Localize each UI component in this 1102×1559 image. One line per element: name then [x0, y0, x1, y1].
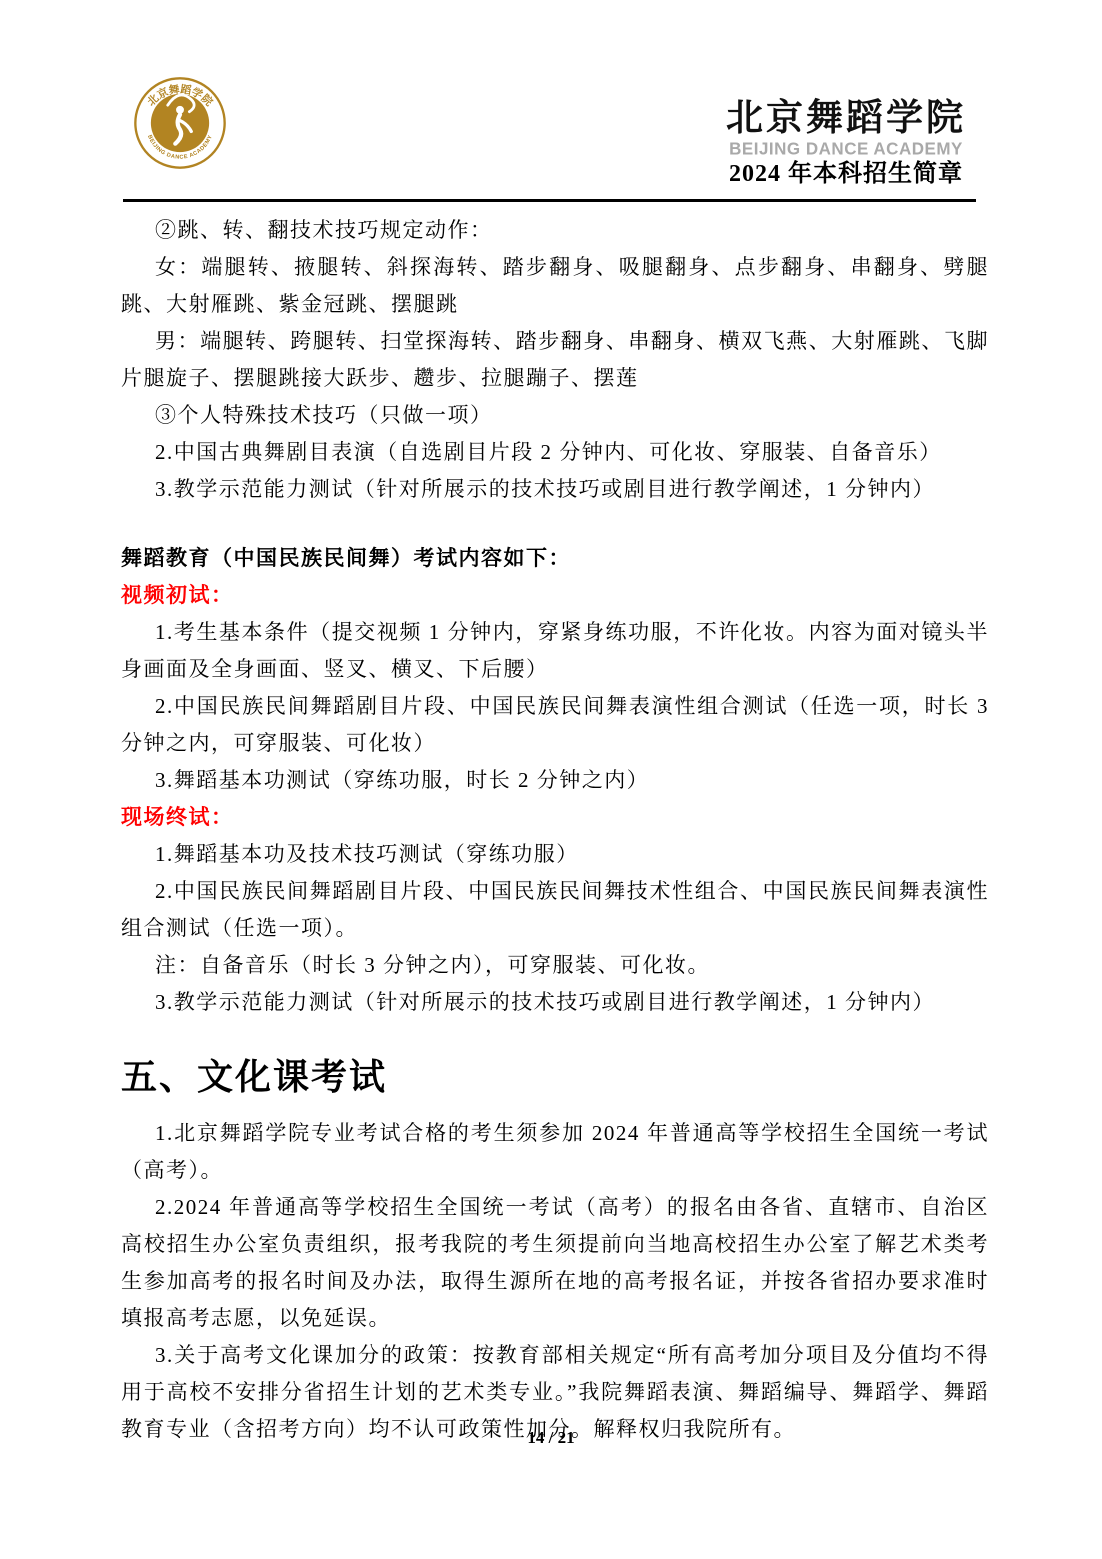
section-heading-culture-exam: 五、文化课考试	[121, 1053, 989, 1101]
academy-title-en: BEIJING DANCE ACADEMY	[712, 140, 980, 159]
paragraph-male-moves: 男：端腿转、跨腿转、扫堂探海转、踏步翻身、串翻身、横双飞燕、大射雁跳、飞脚片腿旋…	[121, 323, 989, 397]
seal-icon: 北京舞蹈学院 BEIJING DANCE ACADEMY	[133, 76, 227, 170]
paragraph-video-item-2: 2.中国民族民间舞蹈剧目片段、中国民族民间舞表演性组合测试（任选一项，时长 3 …	[121, 688, 989, 762]
paragraph-special-skill: ③个人特殊技术技巧（只做一项）	[121, 397, 989, 434]
brochure-subtitle: 2024 年本科招生简章	[712, 160, 980, 188]
header-title-block: 北京舞蹈学院 BEIJING DANCE ACADEMY 2024 年本科招生简…	[712, 98, 980, 188]
label-video-preliminary: 视频初试：	[121, 577, 989, 614]
paragraph-culture-2: 2.2024 年普通高等学校招生全国统一考试（高考）的报名由各省、直辖市、自治区…	[121, 1189, 989, 1337]
page-number: 14 / 21	[0, 1428, 1102, 1448]
paragraph-video-item-1: 1.考生基本条件（提交视频 1 分钟内，穿紧身练功服，不许化妆。内容为面对镜头半…	[121, 614, 989, 688]
paragraph-live-item-3: 3.教学示范能力测试（针对所展示的技术技巧或剧目进行教学阐述，1 分钟内）	[121, 984, 989, 1021]
paragraph-live-note: 注：自备音乐（时长 3 分钟之内），可穿服装、可化妆。	[121, 947, 989, 984]
paragraph-teaching-demo: 3.教学示范能力测试（针对所展示的技术技巧或剧目进行教学阐述，1 分钟内）	[121, 471, 989, 508]
heading-dance-education: 舞蹈教育（中国民族民间舞）考试内容如下：	[121, 540, 989, 577]
paragraph-live-item-2: 2.中国民族民间舞蹈剧目片段、中国民族民间舞技术性组合、中国民族民间舞表演性组合…	[121, 873, 989, 947]
paragraph-repertoire: 2.中国古典舞剧目表演（自选剧目片段 2 分钟内、可化妆、穿服装、自备音乐）	[121, 434, 989, 471]
paragraph-tech-intro: ②跳、转、翻技术技巧规定动作：	[121, 212, 989, 249]
paragraph-live-item-1: 1.舞蹈基本功及技术技巧测试（穿练功服）	[121, 836, 989, 873]
academy-seal-logo: 北京舞蹈学院 BEIJING DANCE ACADEMY	[133, 76, 227, 170]
page-body: ②跳、转、翻技术技巧规定动作： 女：端腿转、掖腿转、斜探海转、踏步翻身、吸腿翻身…	[121, 212, 989, 1448]
header-divider	[123, 199, 976, 202]
label-live-final: 现场终试：	[121, 799, 989, 836]
paragraph-culture-1: 1.北京舞蹈学院专业考试合格的考生须参加 2024 年普通高等学校招生全国统一考…	[121, 1115, 989, 1189]
academy-title-cn: 北京舞蹈学院	[712, 98, 980, 140]
document-page: 北京舞蹈学院 BEIJING DANCE ACADEMY 北京舞蹈学院 BEIJ…	[0, 0, 1102, 1559]
paragraph-female-moves: 女：端腿转、掖腿转、斜探海转、踏步翻身、吸腿翻身、点步翻身、串翻身、劈腿跳、大射…	[121, 249, 989, 323]
paragraph-video-item-3: 3.舞蹈基本功测试（穿练功服，时长 2 分钟之内）	[121, 762, 989, 799]
